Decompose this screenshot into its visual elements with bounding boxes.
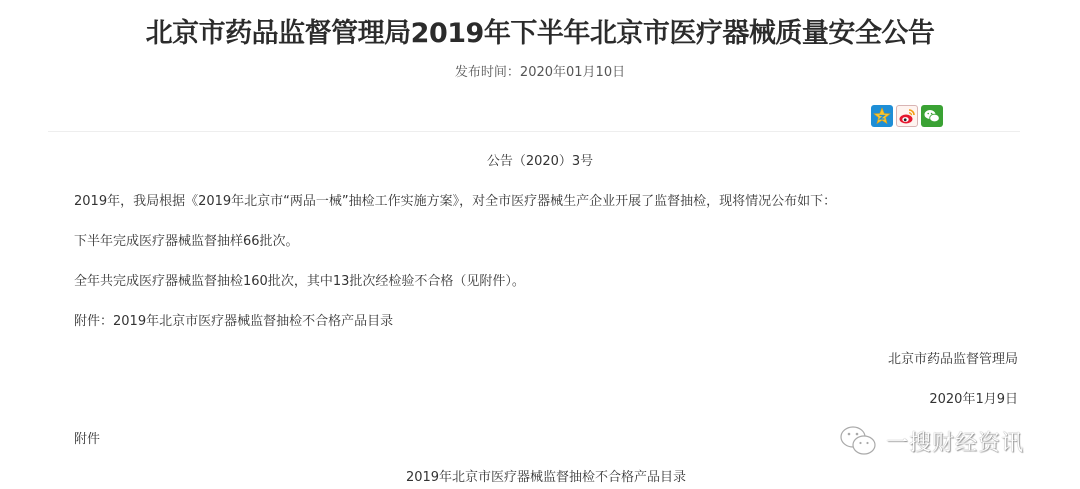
attachment-title: 2019年北京市医疗器械监督抽检不合格产品目录 bbox=[0, 468, 1080, 488]
signature-date: 2020年1月9日 bbox=[929, 390, 1018, 410]
watermark-text: 一搜财经资讯 bbox=[886, 426, 1024, 457]
watermark: 一搜财经资讯 bbox=[838, 424, 1024, 458]
qzone-icon bbox=[873, 107, 891, 125]
attachment-link[interactable]: 附件：2019年北京市医疗器械监督抽检不合格产品目录 bbox=[74, 312, 393, 332]
publish-time: 发布时间：2020年01月10日 bbox=[0, 63, 1080, 83]
paragraph-full-year: 全年共完成医疗器械监督抽检160批次，其中13批次经检验不合格（见附件）。 bbox=[74, 272, 525, 292]
share-wechat-button[interactable] bbox=[921, 105, 943, 127]
signature-organization: 北京市药品监督管理局 bbox=[888, 350, 1018, 370]
wechat-watermark-icon bbox=[838, 424, 880, 458]
announcement-number: 公告（2020）3号 bbox=[0, 152, 1080, 172]
weibo-icon bbox=[898, 107, 916, 125]
paragraph-intro: 2019年，我局根据《2019年北京市“两品一械”抽检工作实施方案》，对全市医疗… bbox=[74, 192, 836, 212]
wechat-icon bbox=[923, 107, 941, 125]
article-title: 北京市药品监督管理局2019年下半年北京市医疗器械质量安全公告 bbox=[0, 14, 1080, 54]
share-bar bbox=[871, 105, 943, 127]
share-weibo-button[interactable] bbox=[896, 105, 918, 127]
publish-time-value: 2020年01月10日 bbox=[520, 65, 625, 80]
publish-time-label: 发布时间： bbox=[455, 65, 520, 80]
attachment-heading: 附件 bbox=[74, 430, 100, 450]
share-qzone-button[interactable] bbox=[871, 105, 893, 127]
header-divider bbox=[48, 131, 1020, 132]
paragraph-half-year: 下半年完成医疗器械监督抽样66批次。 bbox=[74, 232, 299, 252]
